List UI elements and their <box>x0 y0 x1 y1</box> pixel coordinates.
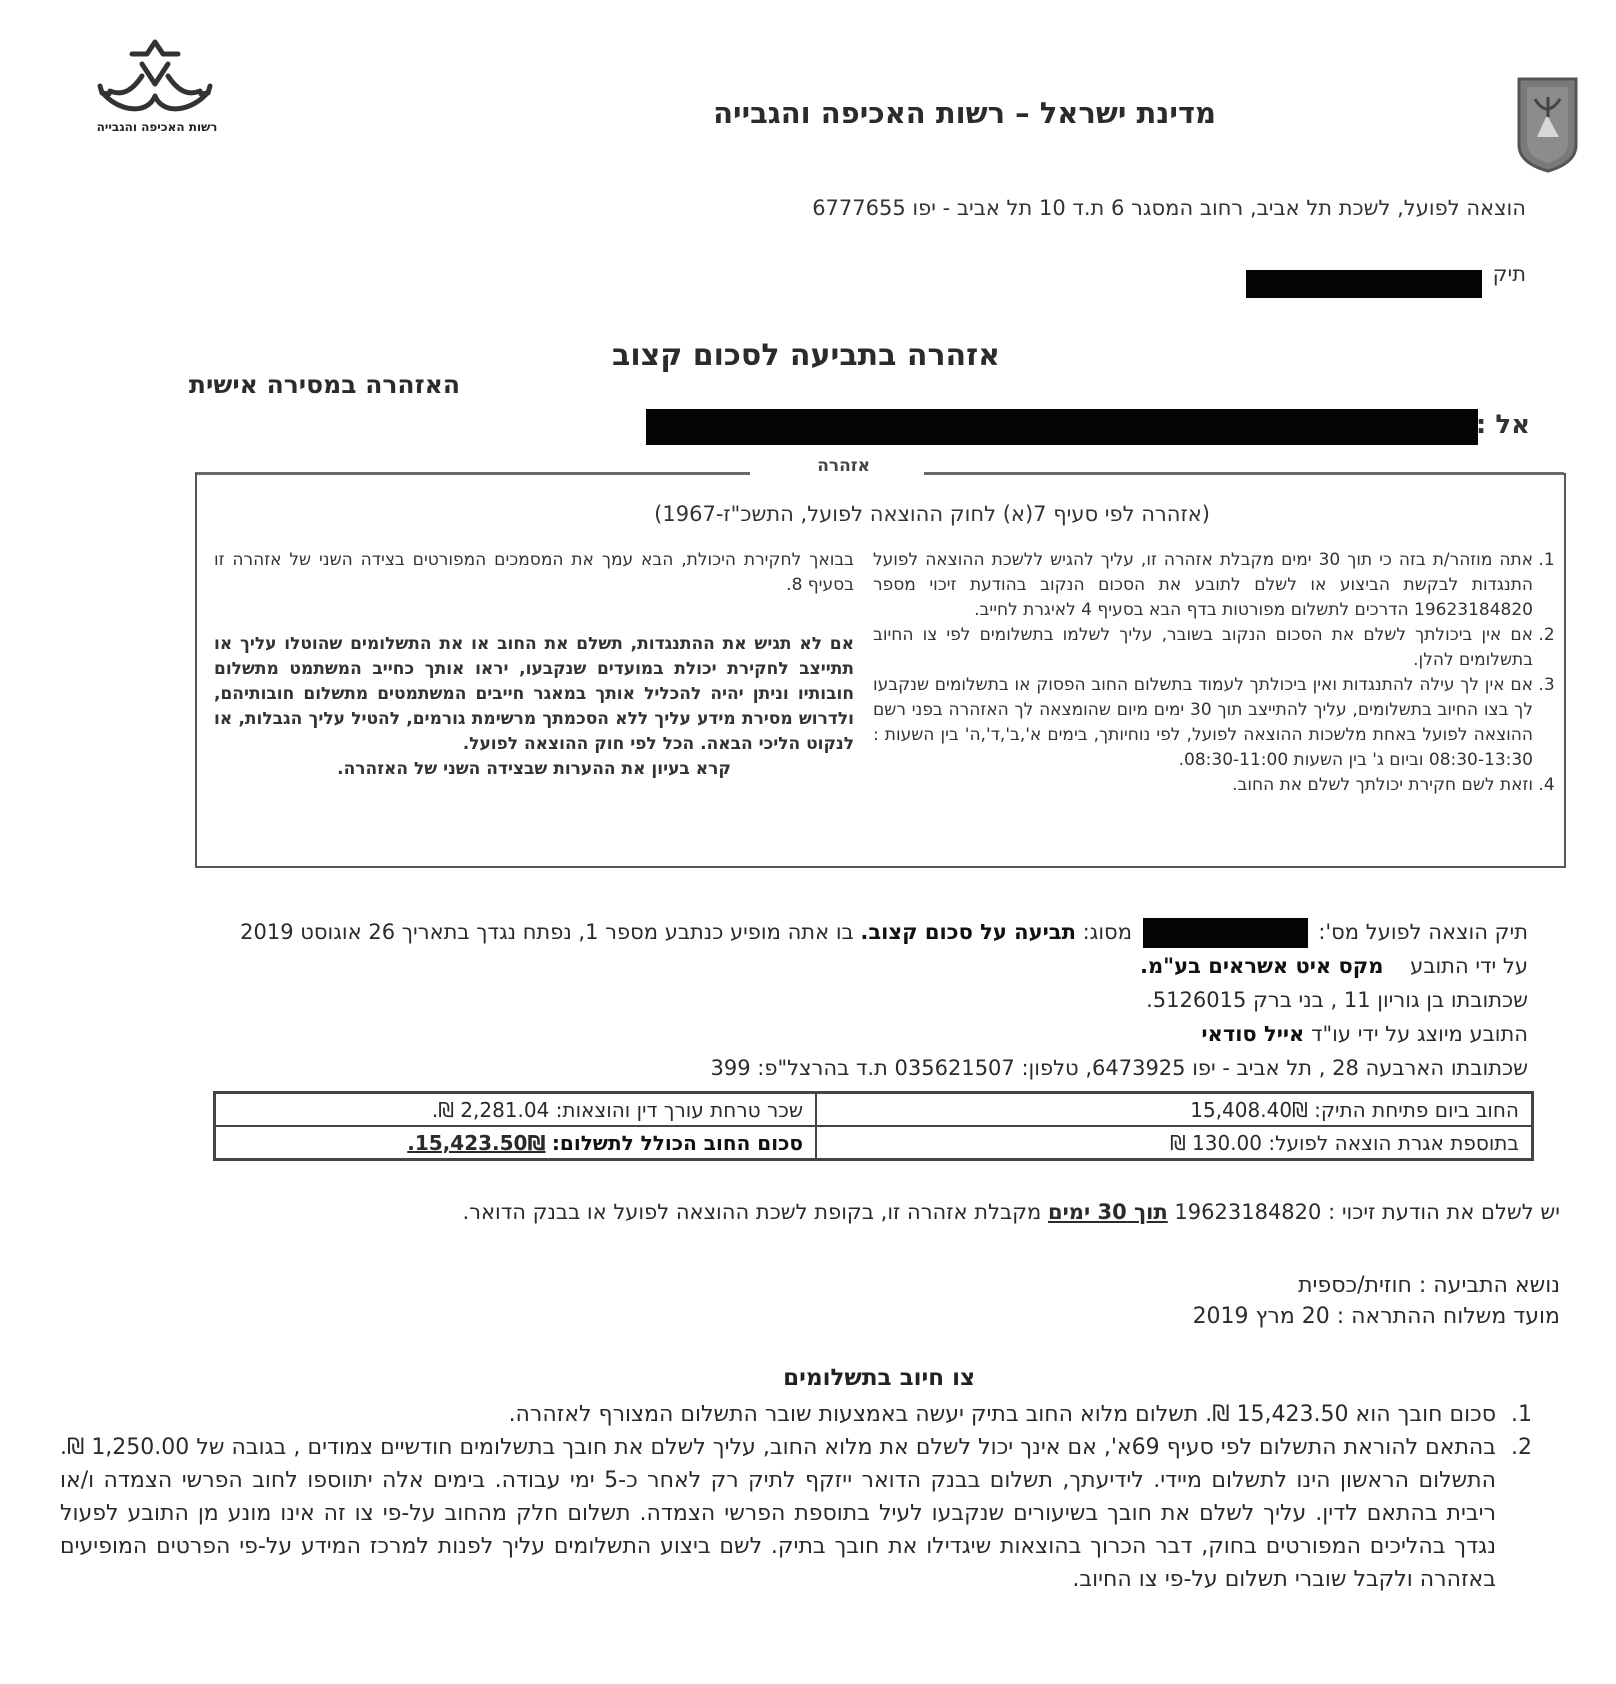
total-debt-cell: סכום החוב הכולל לתשלום: 15,423.50₪. <box>215 1126 817 1160</box>
plaintiff-label: על ידי התובע <box>1410 954 1528 978</box>
lawyer-fee-label: שכר טרחת עורך דין והוצאות: <box>556 1098 803 1122</box>
lawyer-name: אייל סודאי <box>1201 1022 1304 1046</box>
plaintiff-address: שכתובתו בן גוריון 11 , בני ברק 5126015. <box>1146 986 1528 1014</box>
debt-summary-table: החוב ביום פתיחת התיק: 15,408.40₪ שכר טרח… <box>213 1091 1534 1161</box>
case-info-line: תיק הוצאה לפועל מס': מסוג: תביעה על סכום… <box>240 918 1528 948</box>
warning-note-documents: בבואך לחקירת היכולת, הבא עמך את המסמכים … <box>214 548 854 598</box>
enforcement-fee-cell: בתוספת אגרת הוצאה לפועל: 130.00 ₪ <box>816 1126 1533 1160</box>
state-emblem-icon <box>1515 75 1580 173</box>
lawyer-label: התובע מיוצג על ידי עו"ד <box>1311 1022 1528 1046</box>
redacted-recipient-name <box>646 409 1478 445</box>
plaintiff-name: מקס איט אשראים בע"מ. <box>1140 954 1383 978</box>
warning-item: וזאת לשם חקירת יכולתך לשלם את החוב. <box>873 773 1533 798</box>
redacted-file-number <box>1246 270 1482 298</box>
case-type-value: תביעה על סכום קצוב. <box>860 920 1076 944</box>
claim-subject-value: חוזית/כספית <box>1298 1273 1412 1298</box>
case-suffix: בו אתה מופיע כנתבע מספר 1, נפתח נגדך בתא… <box>240 920 854 944</box>
case-prefix: תיק הוצאה לפועל מס': <box>1318 920 1528 944</box>
case-type-label: מסוג: <box>1083 920 1132 944</box>
payment-deadline: תוך 30 ימים <box>1048 1200 1168 1224</box>
document-title: אזהרה בתביעה לסכום קצוב <box>0 338 1000 373</box>
plaintiff-line: על ידי התובע מקס איט אשראים בע"מ. <box>1140 952 1528 980</box>
payment-instruction: יש לשלם את הודעת זיכוי : 19623184820 תוך… <box>0 1200 1560 1224</box>
warning-note-consequences: אם לא תגיש את ההתנגדות, תשלם את החוב או … <box>214 632 854 757</box>
lawyer-address: שכתובתו הארבעה 28 , תל אביב - יפו 647392… <box>711 1054 1529 1082</box>
total-debt-value: 15,423.50₪. <box>407 1131 545 1155</box>
installments-order: סכום חובך הוא 15,423.50 ₪. תשלום מלוא הח… <box>60 1398 1560 1596</box>
total-debt-label: סכום החוב הכולל לתשלום: <box>552 1131 803 1155</box>
send-date-line: מועד משלוח ההתראה : 20 מרץ 2019 <box>0 1304 1560 1329</box>
enforcement-fee-value: 130.00 ₪ <box>1170 1131 1262 1155</box>
warning-note-read-back: קרא בעיון את ההערות שבצידה השני של האזהר… <box>214 757 854 782</box>
debt-opening-label: החוב ביום פתיחת התיק: <box>1314 1098 1519 1122</box>
personal-delivery-note: האזהרה במסירה אישית <box>0 370 460 399</box>
debt-opening-value: 15,408.40₪ <box>1190 1098 1307 1122</box>
warning-subtitle: (אזהרה לפי סעיף 7(א) לחוק ההוצאה לפועל, … <box>0 502 1210 526</box>
voucher-number: 19623184820 <box>1174 1200 1321 1224</box>
claim-subject-label: נושא התביעה : <box>1419 1273 1560 1298</box>
installment-item: בהתאם להוראת התשלום לפי סעיף 69א', אם אי… <box>60 1431 1504 1596</box>
debt-opening-cell: החוב ביום פתיחת התיק: 15,408.40₪ <box>816 1093 1533 1127</box>
lawyer-fee-cell: שכר טרחת עורך דין והוצאות: 2,281.04 ₪. <box>215 1093 817 1127</box>
send-date-value: 20 מרץ 2019 <box>1193 1304 1330 1329</box>
warning-item: אתה מוזהר/ת בזה כי תוך 30 ימים מקבלת אזה… <box>873 548 1533 623</box>
lawyer-fee-value: 2,281.04 ₪. <box>432 1098 549 1122</box>
payment-prefix: יש לשלם את הודעת זיכוי : <box>1328 1200 1560 1224</box>
lawyer-line: התובע מיוצג על ידי עו"ד אייל סודאי <box>1201 1020 1528 1048</box>
table-row: החוב ביום פתיחת התיק: 15,408.40₪ שכר טרח… <box>215 1093 1533 1127</box>
warning-item: אם אין לך עילה להתנגדות ואין ביכולתך לעמ… <box>873 673 1533 773</box>
warning-right-column: אתה מוזהר/ת בזה כי תוך 30 ימים מקבלת אזה… <box>873 548 1553 798</box>
warning-item: אם אין ביכולתך לשלם את הסכום הנקוב בשובר… <box>873 623 1533 673</box>
warning-left-column: בבואך לחקירת היכולת, הבא עמך את המסמכים … <box>214 548 854 782</box>
office-address: הוצאה לפועל, לשכת תל אביב, רחוב המסגר 6 … <box>0 196 1526 220</box>
table-row: בתוספת אגרת הוצאה לפועל: 130.00 ₪ סכום ה… <box>215 1126 1533 1160</box>
header-title: מדינת ישראל – רשות האכיפה והגבייה <box>0 96 1216 130</box>
enforcement-fee-label: בתוספת אגרת הוצאה לפועל: <box>1268 1131 1519 1155</box>
payment-suffix: מקבלת אזהרה זו, בקופת לשכת ההוצאה לפועל … <box>462 1200 1041 1224</box>
redacted-case-number <box>1143 918 1308 948</box>
send-date-label: מועד משלוח ההתראה : <box>1337 1304 1560 1329</box>
installment-item: סכום חובך הוא 15,423.50 ₪. תשלום מלוא הח… <box>60 1398 1504 1431</box>
claim-subject-line: נושא התביעה : חוזית/כספית <box>0 1273 1560 1298</box>
installments-title: צו חיוב בתשלומים <box>0 1365 975 1391</box>
